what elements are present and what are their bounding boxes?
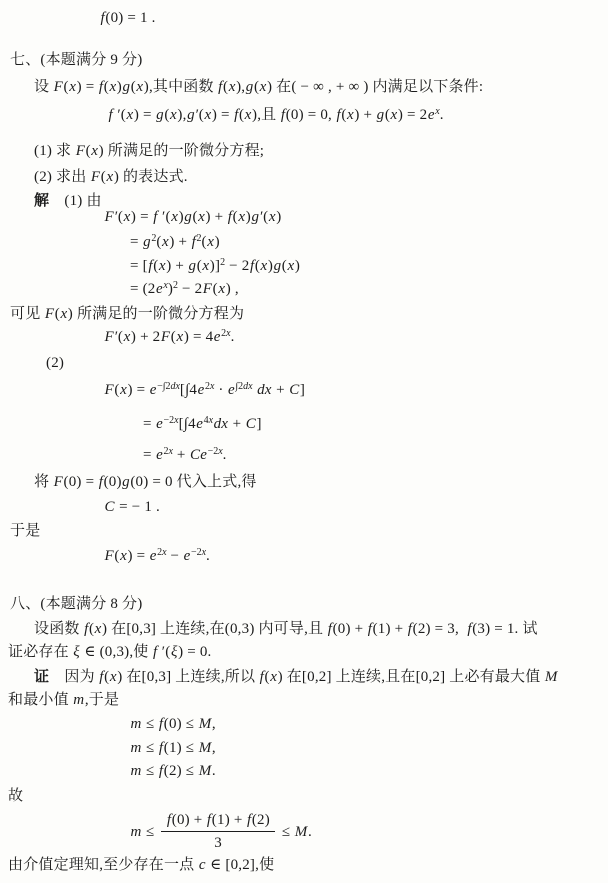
text-line: m ≤ f(0) ≤ M, [130, 714, 216, 734]
text-line: F′(x) = f ′(x)g(x) + f(x)g′(x) [104, 207, 281, 227]
text-line: 设 F(x) = f(x)g(x),其中函数 f(x),g(x) 在( − ∞ … [34, 77, 483, 97]
text-line: = [f(x) + g(x)]2 − 2f(x)g(x) [130, 256, 300, 276]
text-line: = (2ex)2 − 2F(x) , [130, 279, 239, 299]
frac-post: ≤ M. [278, 822, 312, 842]
text-line: = e−2x[∫4e4xdx + C] [143, 414, 262, 434]
text-line: 和最小值 m,于是 [8, 690, 119, 710]
text-line: 由介值定理知,至少存在一点 c ∈ [0,2],使 [8, 855, 274, 875]
text-line: f ′(x) = g(x),g′(x) = f(x),且 f(0) = 0, f… [108, 105, 444, 125]
text-line: f(0) = 1 . [100, 8, 156, 28]
text-line: = g2(x) + f2(x) [130, 232, 220, 252]
text-line: 设函数 f(x) 在[0,3] 上连续,在(0,3) 内可导,且 f(0) + … [34, 619, 538, 639]
text-line: 证必存在 ξ ∈ (0,3),使 f ′(ξ) = 0. [8, 642, 211, 662]
text-line: (2) [46, 353, 64, 373]
scanned-page: f(0) = 1 .七、(本题满分 9 分)设 F(x) = f(x)g(x),… [0, 0, 608, 883]
fraction-denominator: 3 [161, 832, 275, 853]
text-line: (1) 求 F(x) 所满足的一阶微分方程; [34, 141, 264, 161]
text-line: F′(x) + 2F(x) = 4e2x. [104, 327, 235, 347]
text-line: m ≤ f(1) ≤ M, [130, 738, 216, 758]
text-line: 七、(本题满分 9 分) [10, 50, 142, 70]
text-line: 可见 F(x) 所满足的一阶微分方程为 [10, 304, 244, 324]
fraction: f(0) + f(1) + f(2)3 [161, 810, 275, 853]
text-line: 于是 [10, 521, 40, 541]
text-line: 八、(本题满分 8 分) [10, 594, 142, 614]
text-line: 故 [8, 786, 23, 806]
fraction-formula-line: m ≤ f(0) + f(1) + f(2)3 ≤ M. [130, 810, 312, 853]
text-line: C = − 1 . [104, 497, 160, 517]
fraction-numerator: f(0) + f(1) + f(2) [161, 810, 275, 832]
text-line: F(x) = e2x − e−2x. [104, 546, 210, 566]
text-line: m ≤ f(2) ≤ M. [130, 761, 216, 781]
text-line: 将 F(0) = f(0)g(0) = 0 代入上式,得 [34, 472, 257, 492]
text-line: = e2x + Ce−2x. [143, 445, 227, 465]
text-line: F(x) = e−∫2dx[∫4e2x · e∫2dx dx + C] [104, 380, 305, 400]
text-line: 证 因为 f(x) 在[0,3] 上连续,所以 f(x) 在[0,2] 上连续,… [34, 667, 558, 687]
text-line: 解 (1) 由 [34, 191, 102, 211]
frac-pre: m ≤ [130, 822, 158, 842]
text-line: (2) 求出 F(x) 的表达式. [34, 167, 188, 187]
